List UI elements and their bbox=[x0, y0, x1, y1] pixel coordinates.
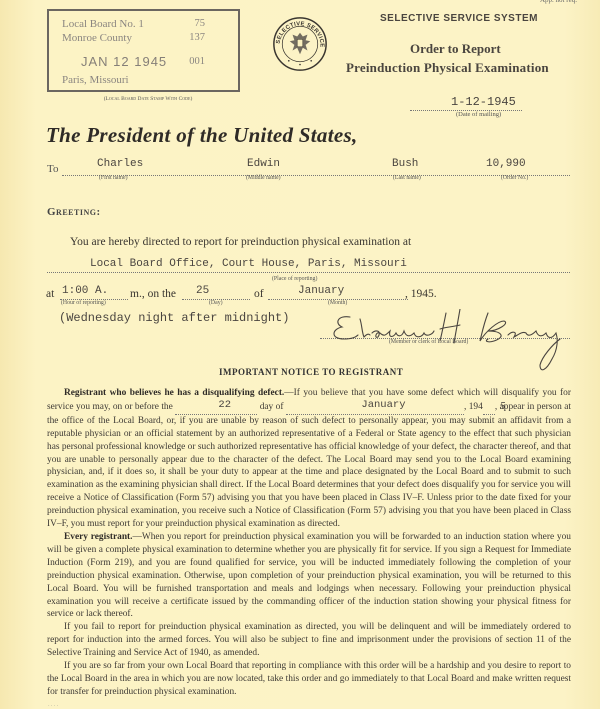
middle-name-caption: (Middle name) bbox=[246, 175, 281, 181]
year-label: , 1945. bbox=[405, 288, 437, 300]
first-name-caption: (First name) bbox=[99, 175, 128, 181]
mailing-date-caption: (Date of mailing) bbox=[456, 111, 501, 118]
day-caption: (Day) bbox=[209, 300, 223, 306]
place-caption: (Place of reporting) bbox=[272, 276, 317, 282]
salutation-heading: The President of the United States, bbox=[46, 123, 358, 148]
agency-name: SELECTIVE SERVICE SYSTEM bbox=[380, 13, 538, 24]
stamp-caption: (Local Board Date Stamp With Code) bbox=[58, 96, 238, 102]
recipient-first-name: Charles bbox=[97, 158, 143, 170]
defect-month-field: January bbox=[286, 401, 464, 415]
stamp-city: Paris, Missouri bbox=[62, 74, 129, 86]
defect-year-digit: 5 bbox=[500, 400, 506, 412]
signature-caption: (Member or clerk of Local Board) bbox=[389, 339, 468, 345]
month-caption: (Month) bbox=[328, 300, 347, 306]
hour-of-reporting: 1:00 A. bbox=[62, 285, 108, 297]
day-line bbox=[182, 287, 250, 300]
notice-body: Registrant who believes he has a disqual… bbox=[47, 387, 571, 699]
directive-intro: You are hereby directed to report for pr… bbox=[70, 236, 411, 248]
greeting: Greeting: bbox=[47, 206, 101, 218]
of-label: of bbox=[254, 288, 264, 300]
notice-paragraph-transfer: If you are so far from your own Local Bo… bbox=[47, 660, 571, 699]
m-on-the-label: m., on the bbox=[130, 288, 176, 300]
every-registrant-heading: Every registrant. bbox=[64, 532, 133, 542]
stamp-county: Monroe County bbox=[62, 32, 132, 44]
place-of-reporting: Local Board Office, Court House, Paris, … bbox=[90, 258, 407, 270]
form-title-line-1: Order to Report bbox=[410, 41, 501, 57]
order-number-caption: (Order No.) bbox=[501, 175, 528, 181]
last-name-caption: (Last name) bbox=[393, 175, 421, 181]
recipient-middle-name: Edwin bbox=[247, 158, 280, 170]
selective-service-seal-icon: SELECTIVE SERVICE SYSTEM bbox=[272, 16, 328, 72]
stamp-code-3: 001 bbox=[189, 56, 205, 67]
mailing-date: 1-12-1945 bbox=[451, 95, 516, 109]
defect-day-value: 22 bbox=[218, 399, 231, 411]
stamp-date: JAN 12 1945 bbox=[81, 54, 167, 69]
form-title-line-2: Preinduction Physical Examination bbox=[346, 60, 549, 76]
local-board-date-stamp: Local Board No. 1 Monroe County JAN 12 1… bbox=[47, 9, 240, 92]
document-page: Local Board No. 1 Monroe County JAN 12 1… bbox=[0, 0, 600, 709]
defect-text-d: , appear in person at the office of the … bbox=[47, 402, 571, 529]
defect-month-value: January bbox=[361, 399, 405, 411]
stamp-code-1: 75 bbox=[195, 18, 206, 29]
hour-caption: (Hour of reporting) bbox=[61, 300, 106, 306]
approval-note: App. not req. bbox=[540, 0, 577, 4]
order-number: 10,990 bbox=[486, 158, 526, 170]
notice-paragraph-failure: If you fail to report for preinduction p… bbox=[47, 621, 571, 660]
to-label: To bbox=[47, 163, 58, 175]
day-of-reporting: 25 bbox=[196, 285, 209, 297]
recipient-last-name: Bush bbox=[392, 158, 418, 170]
defect-text-b: day of bbox=[260, 402, 284, 412]
every-registrant-text: —When you report for preinduction physic… bbox=[47, 532, 571, 619]
notice-heading: IMPORTANT NOTICE TO REGISTRANT bbox=[219, 367, 403, 377]
stamp-code-2: 137 bbox=[189, 32, 205, 43]
notice-paragraph-every-registrant: Every registrant.—When you report for pr… bbox=[47, 531, 571, 621]
stamp-board: Local Board No. 1 bbox=[62, 18, 144, 30]
month-of-reporting: January bbox=[298, 285, 344, 297]
footer-mark: · · · · bbox=[48, 704, 58, 709]
reporting-note: (Wednesday night after midnight) bbox=[59, 311, 289, 325]
defect-day-field: 22 bbox=[175, 401, 257, 415]
defect-text-c: , 194 bbox=[464, 402, 483, 412]
recipient-name-line bbox=[62, 170, 570, 176]
defect-year-field: 5 bbox=[483, 400, 495, 415]
notice-paragraph-defect: Registrant who believes he has a disqual… bbox=[47, 387, 571, 531]
at-label: at bbox=[46, 288, 54, 300]
defect-heading: Registrant who believes he has a disqual… bbox=[64, 388, 284, 398]
